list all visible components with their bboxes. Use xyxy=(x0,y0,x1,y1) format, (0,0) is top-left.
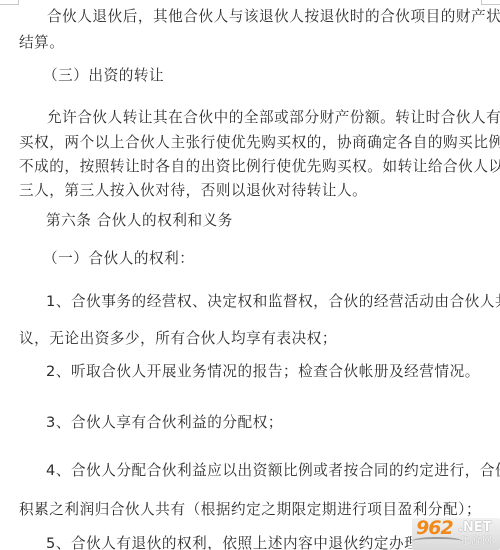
paragraph-withdrawal-settlement-line-2: 结算。 xyxy=(19,33,64,53)
list-item-4-line-1: 4、合伙人分配合伙利益应以出资额比例或者按合同的约定进行，合伙经营 xyxy=(46,461,500,481)
paragraph-capital-transfer-line-3: 不成的，按照转让时各自的出资比例行使优先购买权。如转让给合伙人以外的第 xyxy=(19,157,500,177)
article-heading-rights-obligations: 第六条 合伙人的权利和义务 xyxy=(46,211,233,231)
watermark-number: 962 xyxy=(416,518,453,538)
document-page: 合伙人退伙后，其他合伙人与该退伙人按退伙时的合伙项目的财产状况进行 结算。 （三… xyxy=(0,0,500,550)
paragraph-capital-transfer-line-2: 买权，两个以上合伙人主张行使优先购买权的，协商确定各自的购买比例；协商 xyxy=(19,133,500,153)
paragraph-capital-transfer-line-1: 允许合伙人转让其在合伙中的全部或部分财产份额。转让时合伙人有优先购 xyxy=(47,108,500,128)
list-item-2: 2、听取合伙人开展业务情况的报告；检查合伙帐册及经营情况。 xyxy=(46,362,480,382)
site-watermark-logo: 962 .NET 乐游网 xyxy=(412,518,500,550)
section-heading-capital-transfer: （三）出资的转让 xyxy=(43,66,164,86)
watermark-subtitle: 乐游网 xyxy=(460,535,493,548)
page-corner-mark-right xyxy=(481,0,500,5)
list-item-3: 3、合伙人享有合伙利益的分配权； xyxy=(46,413,283,433)
paragraph-capital-transfer-line-4: 三人，第三人按入伙对待，否则以退伙对待转让人。 xyxy=(19,181,367,201)
watermark-domain-suffix: .NET xyxy=(458,520,492,536)
watermark-swoosh-icon xyxy=(412,537,462,545)
list-item-4-line-2: 积累之利润归合伙人共有（根据约定之期限定期进行项目盈利分配）； xyxy=(19,500,481,520)
paragraph-withdrawal-settlement-line-1: 合伙人退伙后，其他合伙人与该退伙人按退伙时的合伙项目的财产状况进行 xyxy=(47,7,500,27)
section-heading-partner-rights: （一）合伙人的权利： xyxy=(43,249,194,269)
page-corner-mark-left xyxy=(0,0,19,5)
list-item-1-line-2: 议，无论出资多少，所有合伙人均享有表决权； xyxy=(19,329,337,349)
list-item-1-line-1: 1、合伙事务的经营权、决定权和监督权，合伙的经营活动由合伙人共同决 xyxy=(46,292,500,312)
